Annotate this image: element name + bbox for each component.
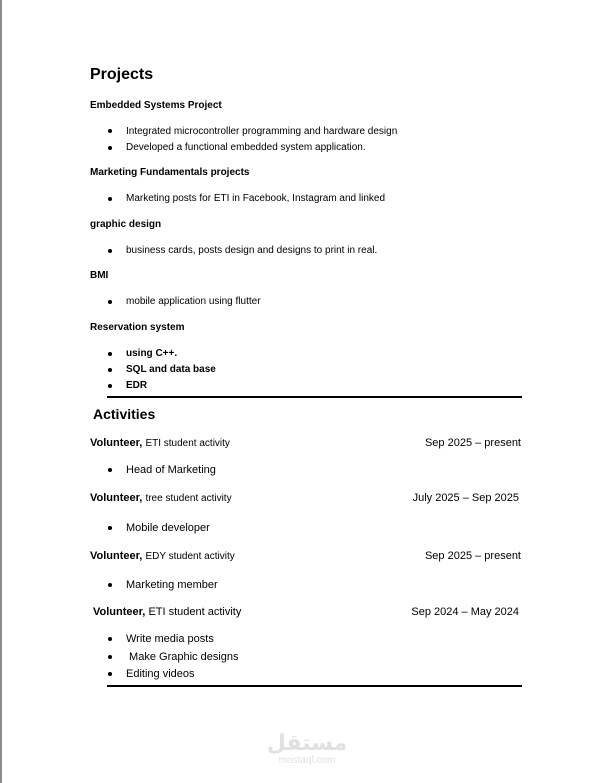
activity-header: Volunteer, tree student activity xyxy=(90,492,232,504)
bullet-icon xyxy=(108,352,112,356)
activity-bullet: Write media posts xyxy=(126,633,214,645)
bullet-icon xyxy=(108,468,112,472)
activity-dates: July 2025 – Sep 2025 xyxy=(413,492,519,504)
activity-role: Volunteer, xyxy=(90,437,142,449)
project-bullet: mobile application using flutter xyxy=(126,296,261,307)
watermark-logo: مستقل xyxy=(262,733,352,755)
project-title: Marketing Fundamentals projects xyxy=(90,167,249,178)
activity-org: ETI student activity xyxy=(148,606,241,618)
bullet-icon xyxy=(108,637,112,641)
activity-bullet: Marketing member xyxy=(126,579,218,591)
activity-bullet: Head of Marketing xyxy=(126,464,216,476)
activity-role: Volunteer, xyxy=(90,492,142,504)
bullet-icon xyxy=(108,672,112,676)
activity-dates: Sep 2025 – present xyxy=(425,550,521,562)
section-divider xyxy=(107,396,522,398)
project-bullet: business cards, posts design and designs… xyxy=(126,245,377,256)
project-bullet: Developed a functional embedded system a… xyxy=(126,142,366,153)
bullet-icon xyxy=(108,146,112,150)
project-title: Reservation system xyxy=(90,322,185,333)
bullet-icon xyxy=(108,129,112,133)
activity-org: EDY student activity xyxy=(145,551,234,562)
activity-bullet: Editing videos xyxy=(126,668,195,680)
bullet-icon xyxy=(108,526,112,530)
activity-bullet: Mobile developer xyxy=(126,522,210,534)
watermark: مستقل mostaql.com xyxy=(262,733,352,767)
project-bullet: SQL and data base xyxy=(126,364,216,375)
activity-role: Volunteer, xyxy=(90,550,142,562)
bullet-icon xyxy=(108,197,112,201)
project-bullet: EDR xyxy=(126,380,147,391)
activity-dates: Sep 2025 – present xyxy=(425,437,521,449)
activity-bullet: Make Graphic designs xyxy=(126,651,239,663)
section-divider xyxy=(107,685,522,687)
bullet-icon xyxy=(108,384,112,388)
page-left-edge xyxy=(0,0,2,783)
project-bullet: Integrated microcontroller programming a… xyxy=(126,126,397,137)
activity-org: tree student activity xyxy=(145,493,231,504)
bullet-icon xyxy=(108,655,112,659)
activities-heading: Activities xyxy=(93,406,155,422)
project-bullet: Marketing posts for ETI in Facebook, Ins… xyxy=(126,193,385,204)
activity-header: Volunteer, ETI student activity xyxy=(93,606,241,618)
project-title: graphic design xyxy=(90,219,161,230)
activity-header: Volunteer, EDY student activity xyxy=(90,550,235,562)
projects-heading: Projects xyxy=(90,66,153,84)
bullet-icon xyxy=(108,583,112,587)
activity-header: Volunteer, ETI student activity xyxy=(90,437,230,449)
bullet-icon xyxy=(108,249,112,253)
activity-dates: Sep 2024 – May 2024 xyxy=(411,606,519,618)
activity-org: ETI student activity xyxy=(145,438,229,449)
bullet-icon xyxy=(108,368,112,372)
activity-role: Volunteer, xyxy=(93,606,145,618)
project-title: Embedded Systems Project xyxy=(90,100,222,111)
watermark-url: mostaql.com xyxy=(262,755,352,767)
project-bullet: using C++. xyxy=(126,348,177,359)
bullet-icon xyxy=(108,300,112,304)
project-title: BMI xyxy=(90,270,108,281)
